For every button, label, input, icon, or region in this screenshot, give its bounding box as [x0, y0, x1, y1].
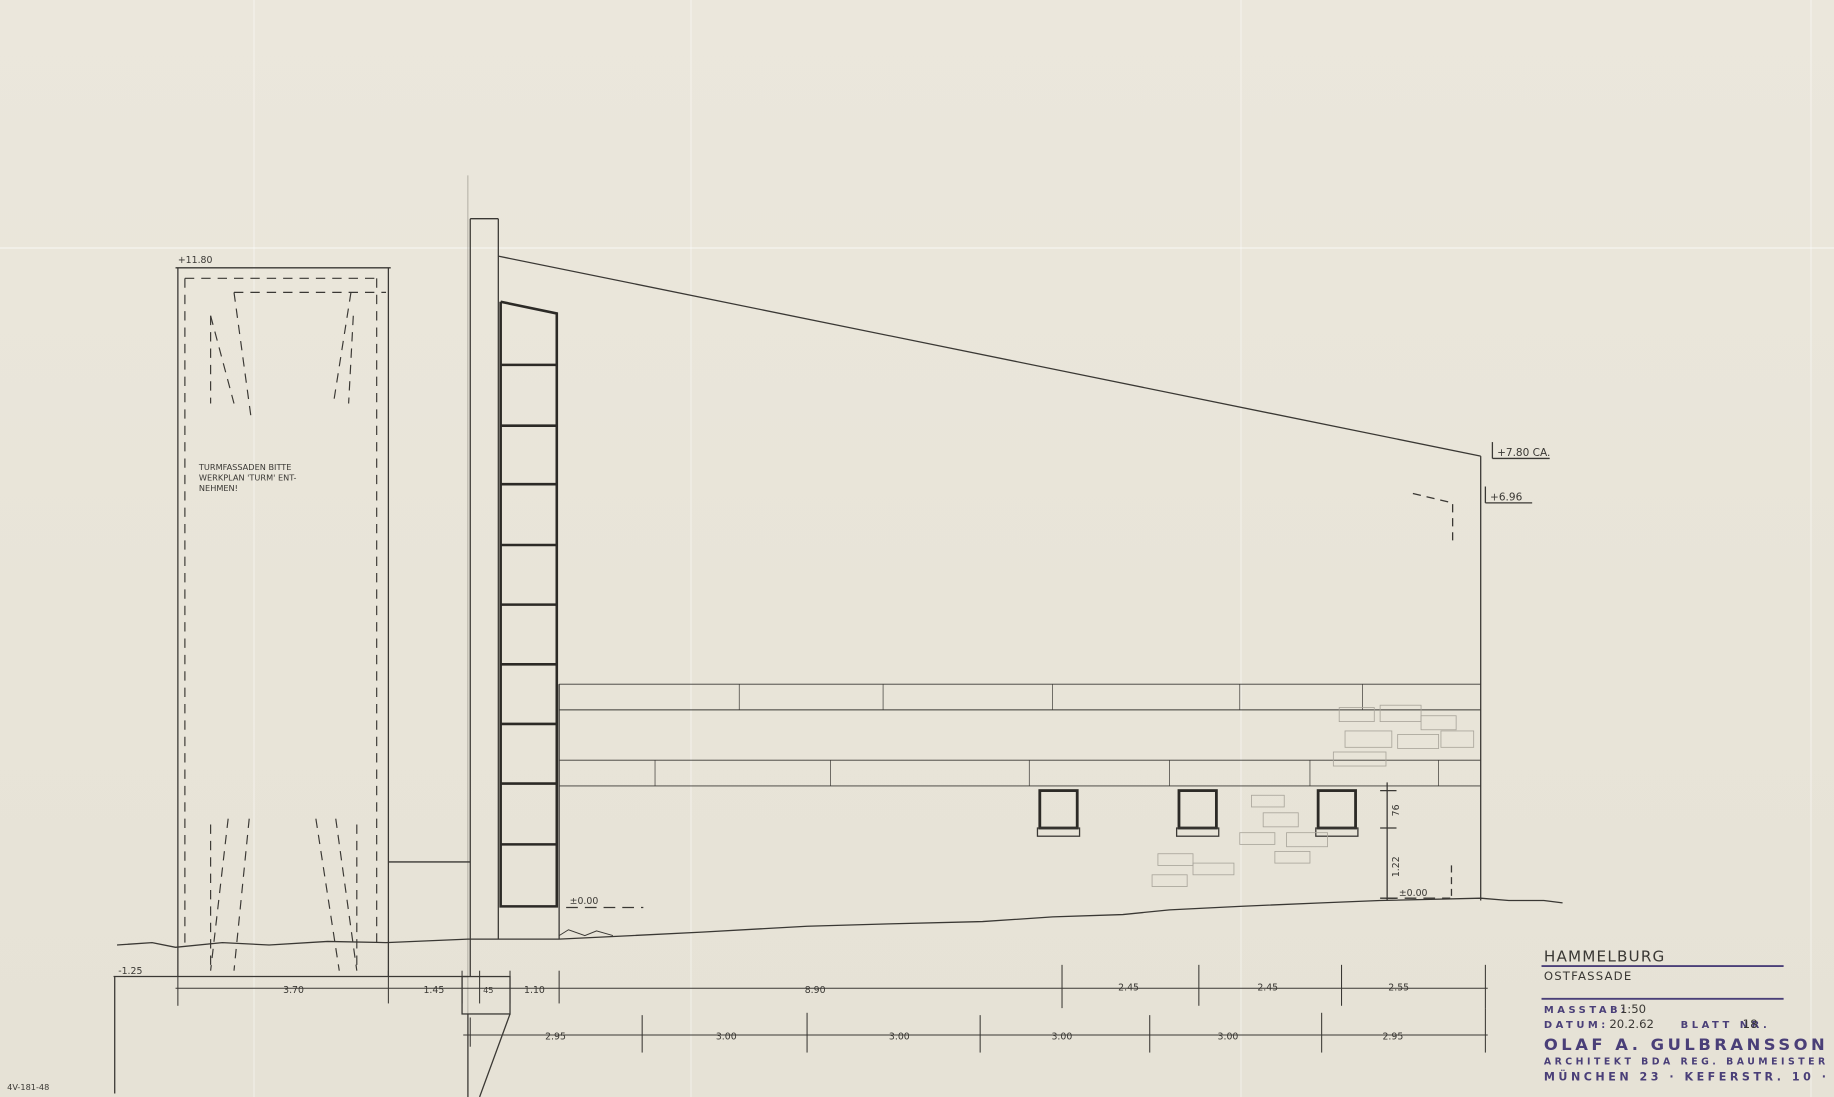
dim-2-55: 2.55: [1388, 983, 1409, 994]
stonework-sketch: [1152, 705, 1474, 886]
architect-address: MÜNCHEN 23 · KEFERSTR. 10 · TEL. 333208: [1544, 1070, 1834, 1084]
eave-level: +7.80 CA.: [1497, 447, 1550, 459]
elevation-drawing: +11.80 TURMFASSADEN BITTE WERKPLAN 'TURM…: [0, 0, 1834, 1097]
sill-height-dim: 1.22: [1391, 856, 1402, 877]
ground-line: [117, 898, 1563, 947]
dim-3-00a: 3.00: [716, 1032, 737, 1043]
tower-hidden-lines: [185, 278, 386, 970]
dim-3-00c: 3.00: [1051, 1032, 1072, 1043]
date-label: DATUM:: [1544, 1020, 1609, 1031]
tower-top-level: +11.80: [178, 255, 213, 266]
tower-note-line2: WERKPLAN 'TURM' ENT-: [199, 473, 297, 483]
dim-3-70: 3.70: [283, 985, 304, 996]
sheet-title: OSTFASSADE: [1544, 969, 1633, 983]
small-window-1: [1037, 791, 1079, 837]
pier-outline: [388, 175, 510, 1097]
dim-2-95b: 2.95: [1382, 1032, 1403, 1043]
tower-outline: [114, 268, 468, 1094]
tall-window-strip: [501, 302, 557, 907]
project-name: HAMMELBURG: [1544, 947, 1666, 965]
tower-note-line3: NEHMEN!: [199, 483, 238, 493]
dim-2-45b: 2.45: [1257, 983, 1278, 994]
dimension-lines: [176, 965, 1488, 1053]
date-value: 20.2.62: [1609, 1017, 1654, 1031]
tower-note-line1: TURMFASSADEN BITTE: [198, 462, 292, 472]
wall-level: +6.96: [1490, 492, 1523, 504]
margin-archive-note: 4V-181-48: [7, 1082, 49, 1092]
drawing-sheet: +11.80 TURMFASSADEN BITTE WERKPLAN 'TURM…: [0, 0, 1834, 1097]
scale-label: MASSTAB:: [1544, 1005, 1629, 1016]
small-window-3: [1316, 791, 1358, 837]
dim-1-10: 1.10: [524, 985, 545, 996]
scale-value: 1:50: [1620, 1002, 1646, 1016]
small-window-2: [1177, 791, 1219, 837]
sheet-number-value: 18: [1743, 1017, 1758, 1031]
floor-level-left: ±0.00: [570, 896, 599, 907]
architect-title: ARCHITEKT BDA REG. BAUMEISTER: [1544, 1056, 1829, 1067]
architect-name: OLAF A. GULBRANSSON: [1544, 1035, 1828, 1054]
dim-3-00d: 3.00: [1218, 1032, 1239, 1043]
dim-3-00b: 3.00: [889, 1032, 910, 1043]
level-markers: [566, 442, 1550, 907]
dim-2-95a: 2.95: [545, 1032, 566, 1043]
dim-2-45a: 2.45: [1118, 983, 1139, 994]
floor-level-right: ±0.00: [1399, 888, 1428, 899]
dim-8-90: 8.90: [805, 985, 826, 996]
dim-45: 45: [483, 985, 493, 995]
window-height-dim: 76: [1391, 804, 1402, 816]
basement-level: -1.25: [118, 966, 142, 977]
dim-1-45: 1.45: [423, 985, 444, 996]
